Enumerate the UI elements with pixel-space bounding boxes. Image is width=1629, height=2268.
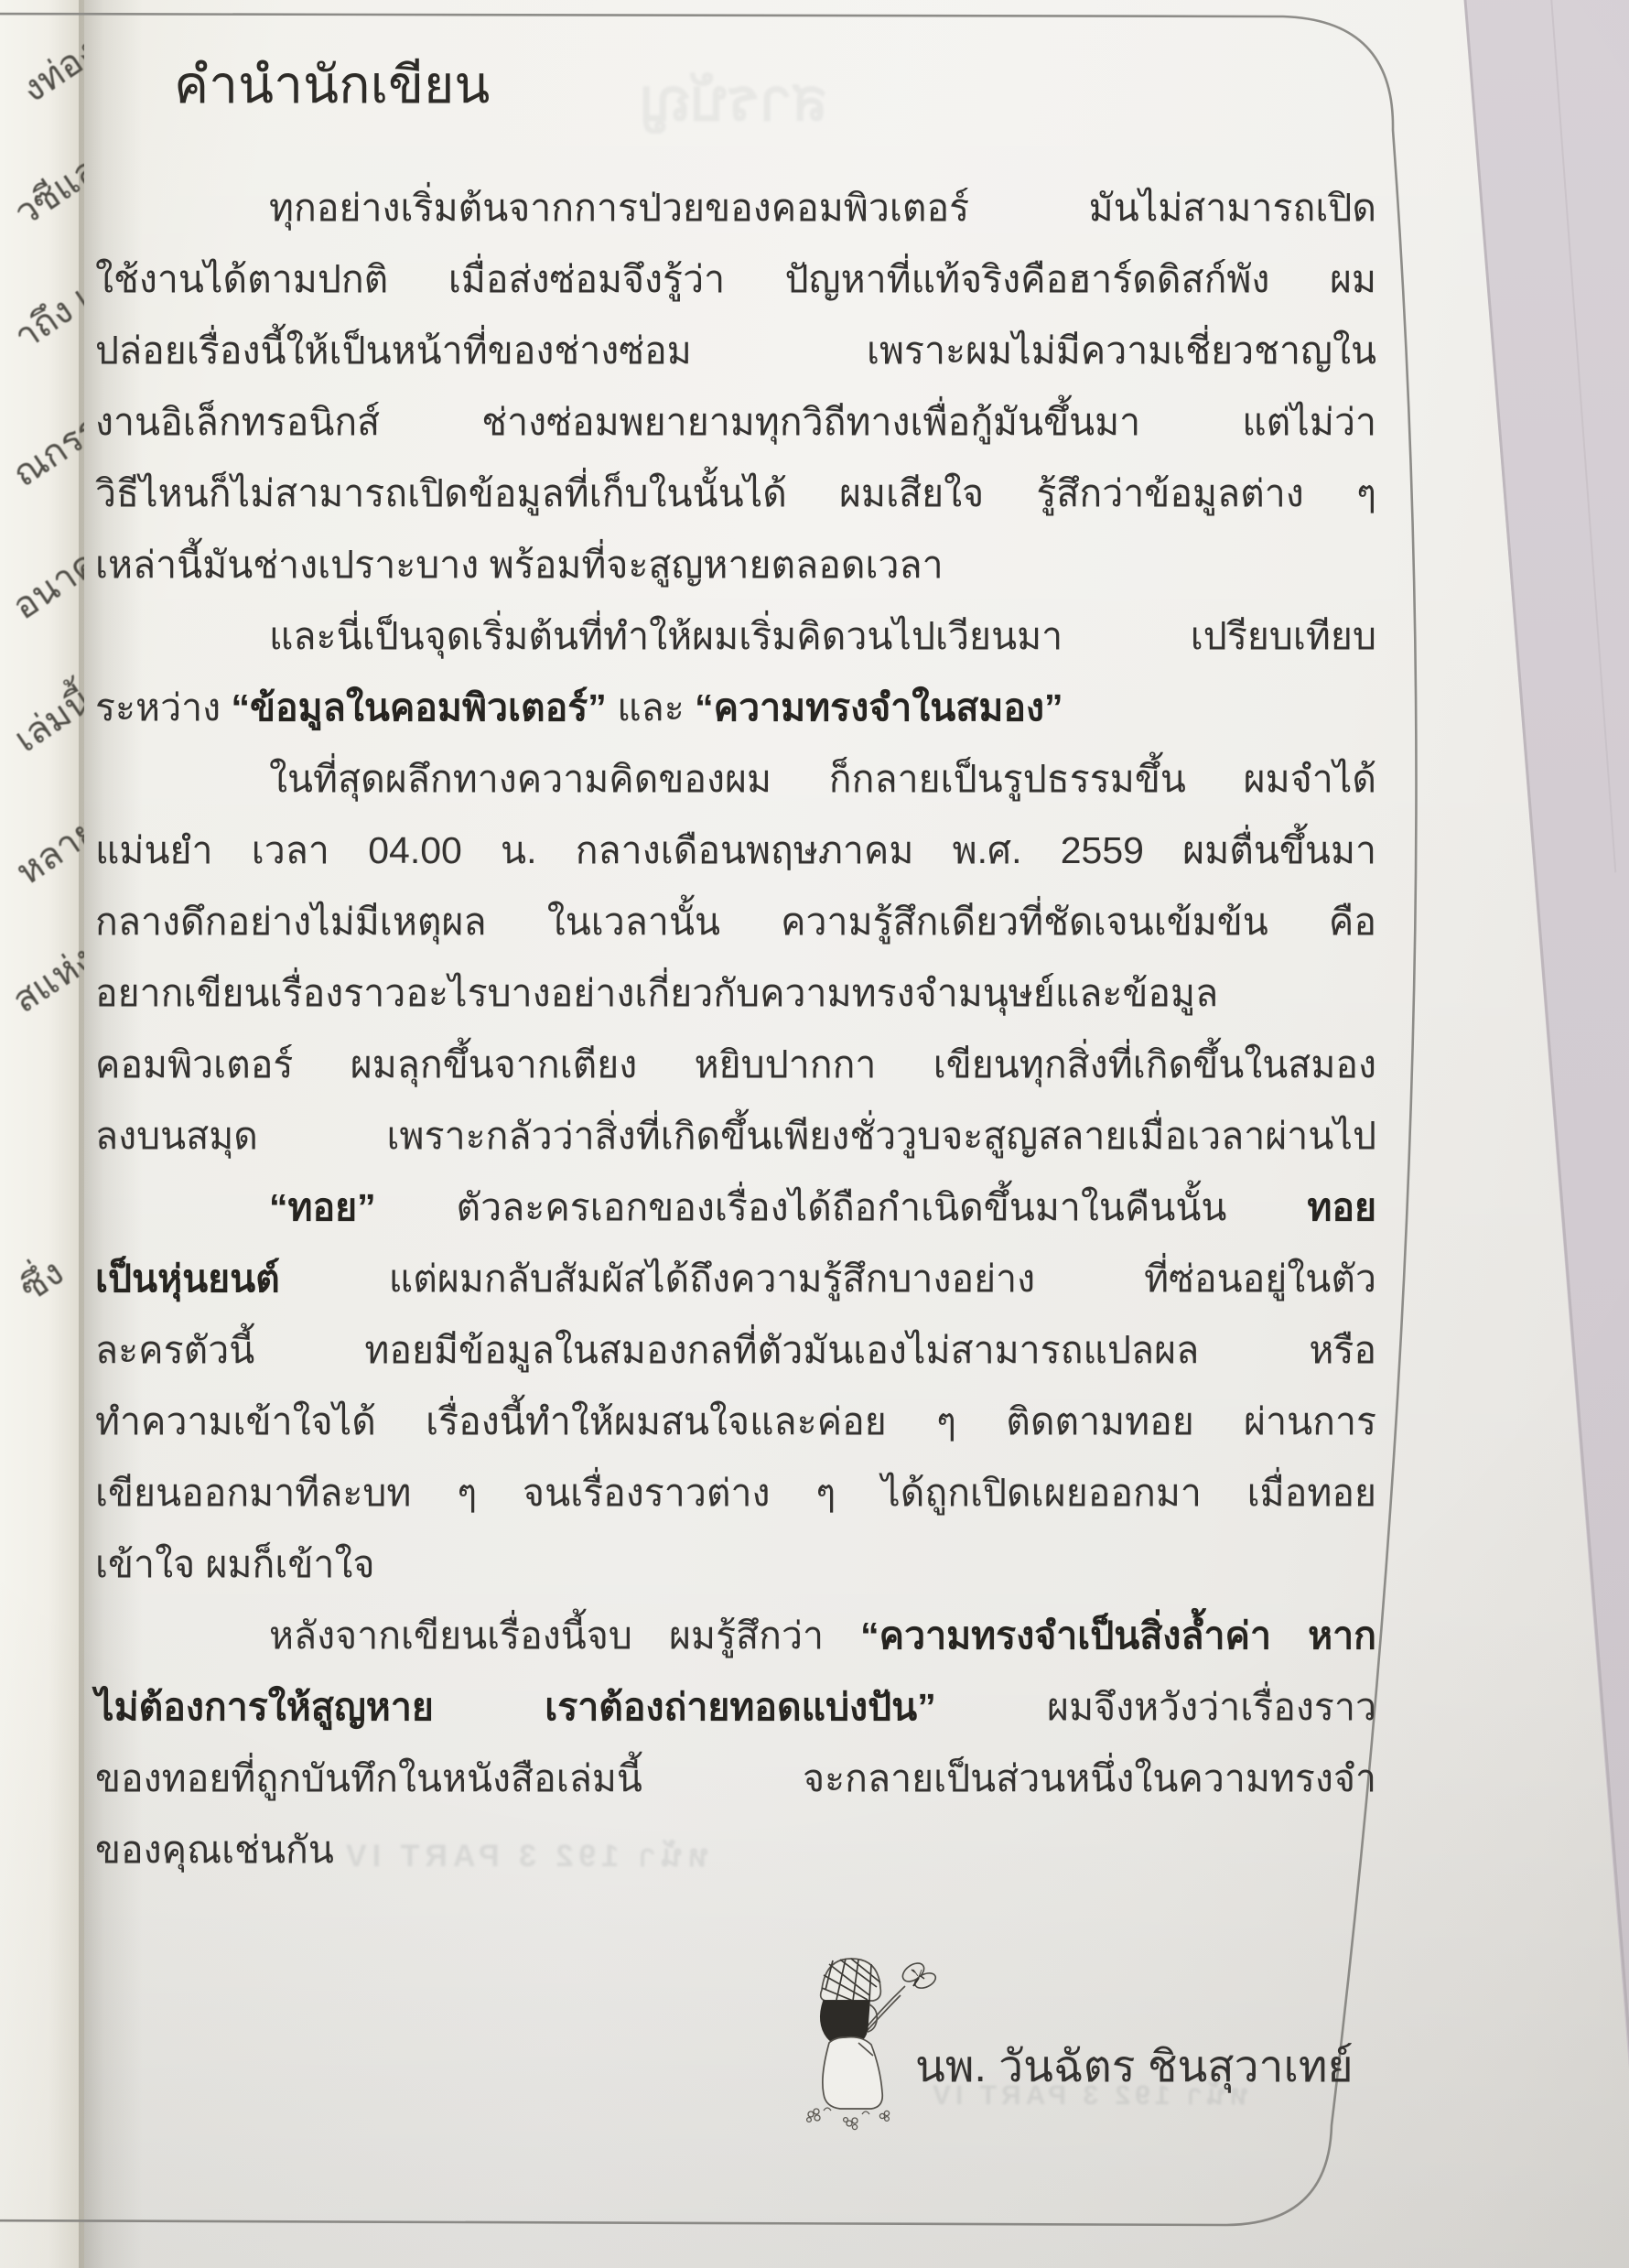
body-line: ทุกอย่างเริ่มต้นจากการป่วยของคอมพิวเตอร์… — [95, 172, 1376, 243]
body-line: กลางดึกอย่างไม่มีเหตุผล ในเวลานั้น ความร… — [95, 886, 1376, 957]
body-line: ปล่อยเรื่องนี้ให้เป็นหน้าที่ของช่างซ่อม … — [95, 315, 1376, 386]
body-line: วิธีไหนก็ไม่สามารถเปิดข้อมูลที่เก็บในนั้… — [95, 458, 1376, 529]
checkered-hat — [821, 1959, 881, 2001]
body-line: เป็นหุ่นยนต์ แต่ผมกลับสัมผัสได้ถึงความรู… — [95, 1243, 1376, 1314]
body-line: แม่นยำ เวลา 04.00 น. กลางเดือนพฤษภาคม พ.… — [95, 815, 1376, 886]
body-line: อยากเขียนเรื่องราวอะไรบางอย่างเกี่ยวกับค… — [95, 957, 1376, 1029]
book-page-photo: { "page": { "title": "คำนำนักเขียน", "bo… — [0, 0, 1629, 2268]
body-line: “ทอย” ตัวละครเอกของเรื่องได้ถือกำเนิดขึ้… — [95, 1172, 1376, 1243]
flowers-drawing — [807, 2108, 890, 2130]
body-line: ละครตัวนี้ ทอยมีข้อมูลในสมองกลที่ตัวมันเ… — [95, 1314, 1376, 1386]
body-line: คอมพิวเตอร์ ผมลุกขึ้นจากเตียง หยิบปากกา … — [95, 1029, 1376, 1100]
body-text: ทุกอย่างเริ่มต้นจากการป่วยของคอมพิวเตอร์… — [95, 172, 1376, 1885]
body-line: และนี่เป็นจุดเริ่มต้นที่ทำให้ผมเริ่มคิดว… — [95, 600, 1376, 672]
bleed-through-text: สารบัญ — [641, 53, 828, 146]
body-line: เข้าใจ ผมก็เข้าใจ — [95, 1528, 1376, 1600]
body-line: ลงบนสมุด เพราะกลัวว่าสิ่งที่เกิดขึ้นเพีย… — [95, 1100, 1376, 1172]
page-title: คำนำนักเขียน — [174, 44, 490, 126]
body-line: ในที่สุดผลึกทางความคิดของผม ก็กลายเป็นรู… — [95, 743, 1376, 815]
body-line: ไม่ต้องการให้สูญหาย เราต้องถ่ายทอดแบ่งปั… — [95, 1671, 1376, 1743]
body-line: ทำความเข้าใจได้ เรื่องนี้ทำให้ผมสนใจและค… — [95, 1386, 1376, 1457]
child-drawing — [821, 1959, 905, 2109]
body-line: ระหว่าง “ข้อมูลในคอมพิวเตอร์” และ “ความท… — [95, 672, 1376, 743]
body-line: หลังจากเขียนเรื่องนี้จบ ผมรู้สึกว่า “ควา… — [95, 1600, 1376, 1671]
body-line: งานอิเล็กทรอนิกส์ ช่างซ่อมพยายามทุกวิถีท… — [95, 386, 1376, 458]
body-line: ใช้งานได้ตามปกติ เมื่อส่งซ่อมจึงรู้ว่า ป… — [95, 243, 1376, 315]
body-line: ของทอยที่ถูกบันทึกในหนังสือเล่มนี้ จะกลา… — [95, 1743, 1376, 1814]
body-line: ของคุณเช่นกัน — [95, 1814, 1376, 1885]
author-signature: นพ. วันฉัตร ชินสุวาเทย์ — [915, 2032, 1354, 2101]
body-line: เหล่านี้มันช่างเปราะบาง พร้อมที่จะสูญหาย… — [95, 529, 1376, 600]
body-line: เขียนออกมาทีละบท ๆ จนเรื่องราวต่าง ๆ ได้… — [95, 1457, 1376, 1528]
